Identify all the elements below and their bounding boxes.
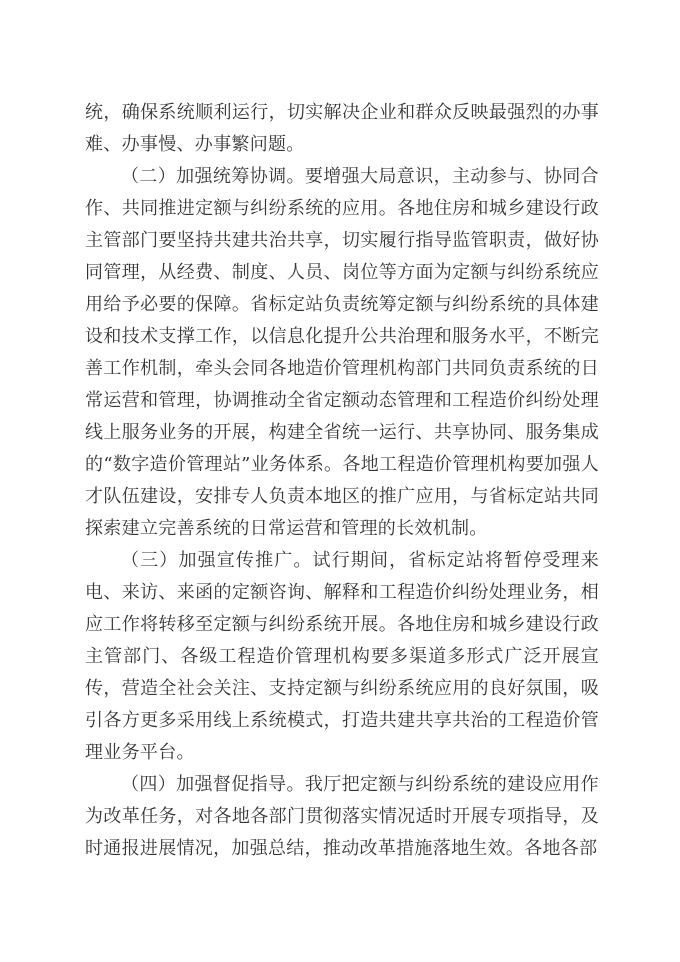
paragraph: （二）加强统筹协调。要增强大局意识，主动参与、协同合作、共同推进定额与纠纷系统的…: [85, 161, 599, 545]
paragraph: 统，确保系统顺利运行，切实解决企业和群众反映最强烈的办事难、办事慢、办事繁问题。: [85, 97, 599, 161]
document-page: 统，确保系统顺利运行，切实解决企业和群众反映最强烈的办事难、办事慢、办事繁问题。…: [0, 0, 680, 962]
document-text-block: 统，确保系统顺利运行，切实解决企业和群众反映最强烈的办事难、办事慢、办事繁问题。…: [85, 97, 599, 865]
paragraph: （三）加强宣传推广。试行期间，省标定站将暂停受理来电、来访、来函的定额咨询、解释…: [85, 545, 599, 769]
paragraph: （四）加强督促指导。我厅把定额与纠纷系统的建设应用作为改革任务，对各地各部门贯彻…: [85, 769, 599, 865]
